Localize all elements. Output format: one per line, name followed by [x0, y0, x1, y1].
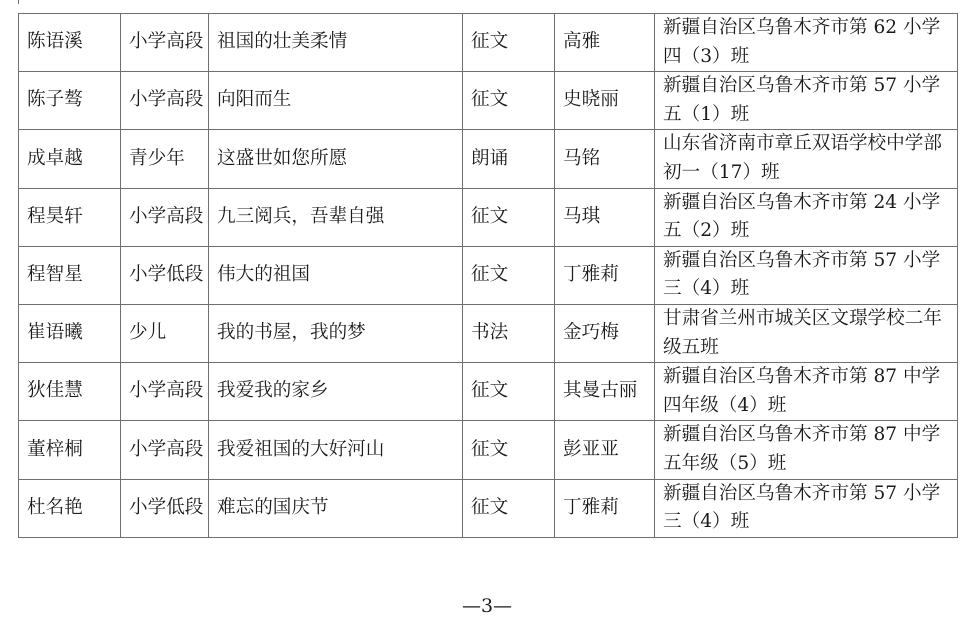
cell-work-title: 祖国的壮美柔情: [209, 14, 463, 72]
cell-age-category: 小学高段: [121, 421, 209, 479]
cell-age-category: 青少年: [121, 130, 209, 188]
cell-participant-name: 陈子骜: [19, 72, 121, 130]
cell-age-category: 小学高段: [121, 72, 209, 130]
cell-participant-name: 程昊轩: [19, 188, 121, 246]
cell-school-class: 新疆自治区乌鲁木齐市第 62 小学四（3）班: [655, 14, 958, 72]
table-row: 成卓越 青少年 这盛世如您所愿 朗诵 马铭 山东省济南市章丘双语学校中学部初一（…: [19, 130, 958, 188]
cell-school-class: 新疆自治区乌鲁木齐市第 87 中学四年级（4）班: [655, 363, 958, 421]
cell-instructor-name: 金巧梅: [555, 304, 655, 362]
table-body: 陈语溪 小学高段 祖国的壮美柔情 征文 高雅 新疆自治区乌鲁木齐市第 62 小学…: [19, 14, 958, 538]
cell-work-title: 我的书屋，我的梦: [209, 304, 463, 362]
cell-school-class: 新疆自治区乌鲁木齐市第 57 小学三（4）班: [655, 246, 958, 304]
cell-participant-name: 陈语溪: [19, 14, 121, 72]
cell-entry-type: 征文: [463, 479, 555, 537]
table-row: 程昊轩 小学高段 九三阅兵，吾辈自强 征文 马琪 新疆自治区乌鲁木齐市第 24 …: [19, 188, 958, 246]
cell-age-category: 小学高段: [121, 363, 209, 421]
cell-age-category: 少儿: [121, 304, 209, 362]
cell-entry-type: 征文: [463, 421, 555, 479]
cell-instructor-name: 马琪: [555, 188, 655, 246]
table-continuation-stub: [18, 0, 19, 4]
table-row: 狄佳慧 小学高段 我爱我的家乡 征文 其曼古丽 新疆自治区乌鲁木齐市第 87 中…: [19, 363, 958, 421]
cell-entry-type: 朗诵: [463, 130, 555, 188]
cell-participant-name: 杜名艳: [19, 479, 121, 537]
cell-age-category: 小学低段: [121, 246, 209, 304]
cell-instructor-name: 其曼古丽: [555, 363, 655, 421]
cell-work-title: 伟大的祖国: [209, 246, 463, 304]
cell-school-class: 山东省济南市章丘双语学校中学部初一（17）班: [655, 130, 958, 188]
cell-work-title: 九三阅兵，吾辈自强: [209, 188, 463, 246]
cell-work-title: 我爱祖国的大好河山: [209, 421, 463, 479]
table-row: 陈语溪 小学高段 祖国的壮美柔情 征文 高雅 新疆自治区乌鲁木齐市第 62 小学…: [19, 14, 958, 72]
cell-instructor-name: 史晓丽: [555, 72, 655, 130]
cell-participant-name: 成卓越: [19, 130, 121, 188]
participants-table-container: 陈语溪 小学高段 祖国的壮美柔情 征文 高雅 新疆自治区乌鲁木齐市第 62 小学…: [18, 13, 958, 538]
cell-work-title: 向阳而生: [209, 72, 463, 130]
cell-school-class: 新疆自治区乌鲁木齐市第 87 中学五年级（5）班: [655, 421, 958, 479]
cell-age-category: 小学高段: [121, 14, 209, 72]
cell-entry-type: 征文: [463, 72, 555, 130]
cell-age-category: 小学低段: [121, 479, 209, 537]
cell-school-class: 甘肃省兰州市城关区文璟学校二年级五班: [655, 304, 958, 362]
cell-participant-name: 董梓桐: [19, 421, 121, 479]
cell-entry-type: 征文: [463, 246, 555, 304]
cell-work-title: 我爱我的家乡: [209, 363, 463, 421]
table-row: 董梓桐 小学高段 我爱祖国的大好河山 征文 彭亚亚 新疆自治区乌鲁木齐市第 87…: [19, 421, 958, 479]
cell-school-class: 新疆自治区乌鲁木齐市第 24 小学五（2）班: [655, 188, 958, 246]
table-row: 杜名艳 小学低段 难忘的国庆节 征文 丁雅莉 新疆自治区乌鲁木齐市第 57 小学…: [19, 479, 958, 537]
cell-participant-name: 程智星: [19, 246, 121, 304]
cell-instructor-name: 马铭: [555, 130, 655, 188]
cell-entry-type: 征文: [463, 14, 555, 72]
cell-work-title: 这盛世如您所愿: [209, 130, 463, 188]
cell-school-class: 新疆自治区乌鲁木齐市第 57 小学三（4）班: [655, 479, 958, 537]
participants-table: 陈语溪 小学高段 祖国的壮美柔情 征文 高雅 新疆自治区乌鲁木齐市第 62 小学…: [18, 13, 958, 538]
cell-work-title: 难忘的国庆节: [209, 479, 463, 537]
page-number: —3—: [0, 595, 974, 617]
cell-entry-type: 征文: [463, 188, 555, 246]
cell-participant-name: 崔语曦: [19, 304, 121, 362]
cell-instructor-name: 丁雅莉: [555, 246, 655, 304]
cell-entry-type: 书法: [463, 304, 555, 362]
table-row: 陈子骜 小学高段 向阳而生 征文 史晓丽 新疆自治区乌鲁木齐市第 57 小学五（…: [19, 72, 958, 130]
table-row: 程智星 小学低段 伟大的祖国 征文 丁雅莉 新疆自治区乌鲁木齐市第 57 小学三…: [19, 246, 958, 304]
cell-participant-name: 狄佳慧: [19, 363, 121, 421]
cell-instructor-name: 彭亚亚: [555, 421, 655, 479]
cell-instructor-name: 丁雅莉: [555, 479, 655, 537]
cell-school-class: 新疆自治区乌鲁木齐市第 57 小学五（1）班: [655, 72, 958, 130]
cell-entry-type: 征文: [463, 363, 555, 421]
cell-age-category: 小学高段: [121, 188, 209, 246]
table-row: 崔语曦 少儿 我的书屋，我的梦 书法 金巧梅 甘肃省兰州市城关区文璟学校二年级五…: [19, 304, 958, 362]
cell-instructor-name: 高雅: [555, 14, 655, 72]
